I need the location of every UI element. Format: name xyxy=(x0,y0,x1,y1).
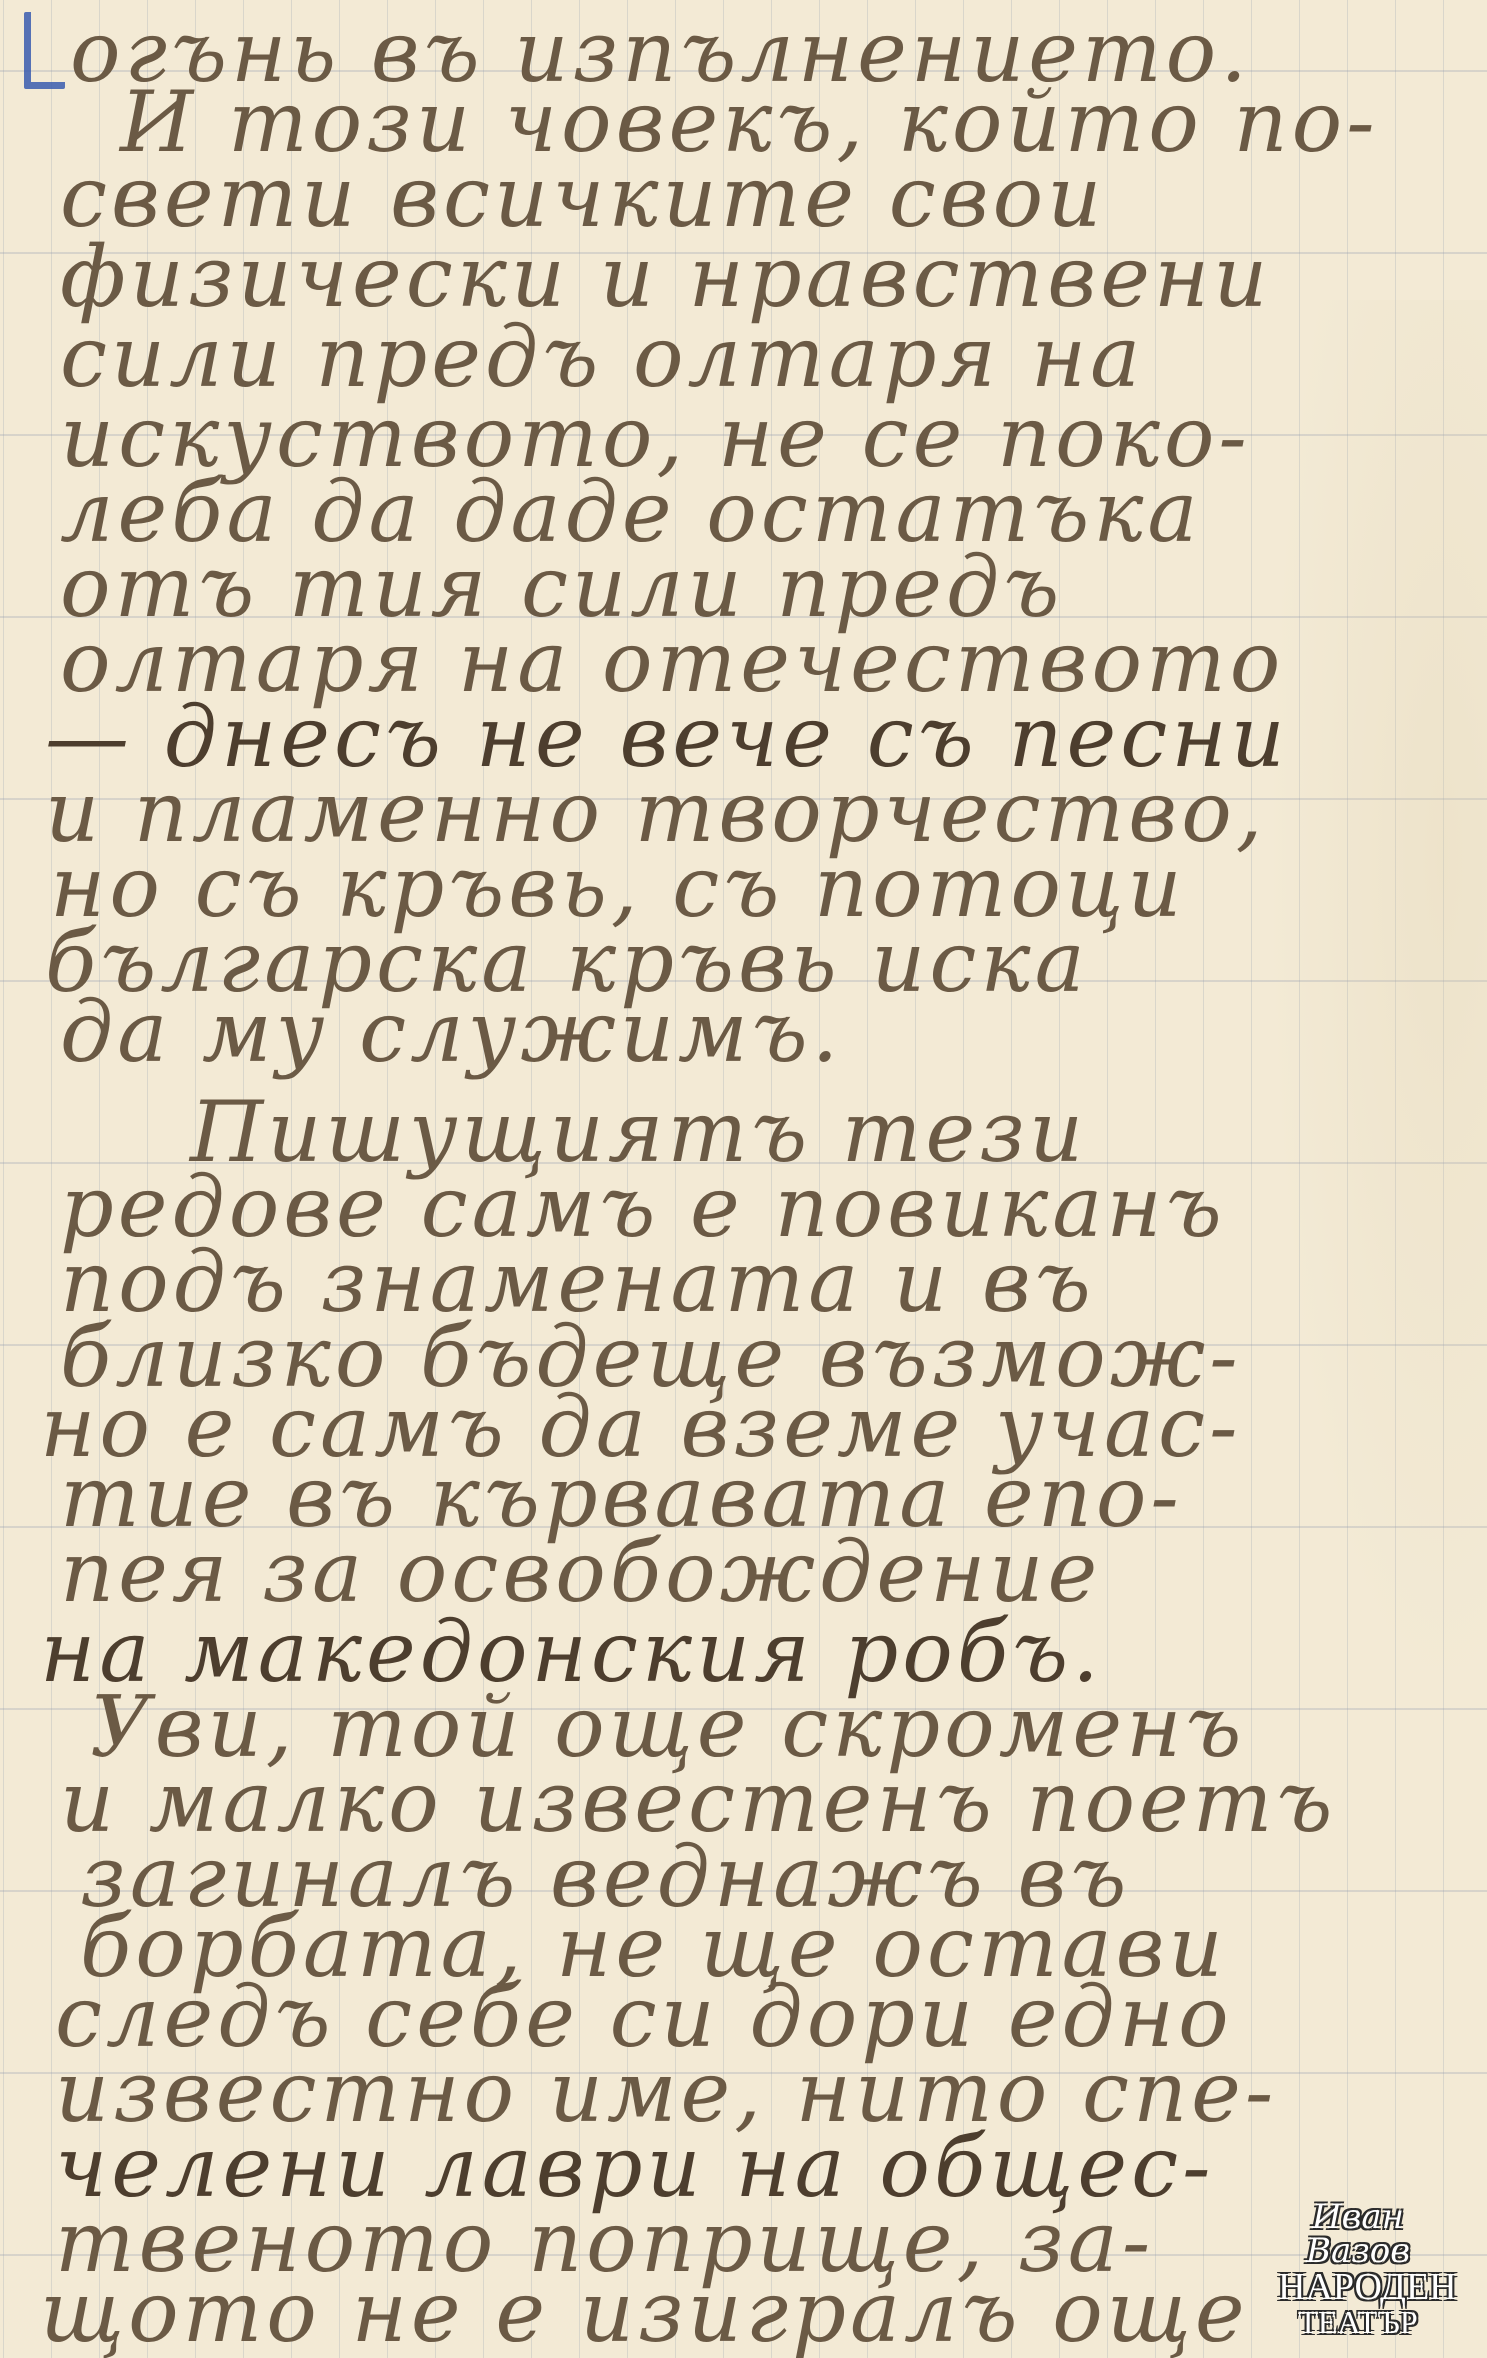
text-line: щото не е изигралъ още xyxy=(40,2270,1249,2354)
text-line: да му служимъ. xyxy=(60,990,842,1074)
text-line: свети всичките свои xyxy=(60,155,1105,239)
text-line: сили предъ олтаря на xyxy=(60,315,1144,399)
vazov-signature: Иван Вазов xyxy=(1278,2200,1438,2268)
logo-line-2: ТЕАТЪР xyxy=(1278,2306,1438,2338)
paper-stain xyxy=(1267,300,1487,1700)
text-line: пея за освобождение xyxy=(60,1530,1101,1614)
logo-line-1: НАРОДЕН xyxy=(1278,2268,1438,2306)
national-theatre-watermark-logo: Иван Вазов НАРОДЕН ТЕАТЪР xyxy=(1278,2200,1438,2338)
blue-margin-bracket xyxy=(24,12,65,89)
text-line: физически и нравствени xyxy=(60,235,1271,319)
